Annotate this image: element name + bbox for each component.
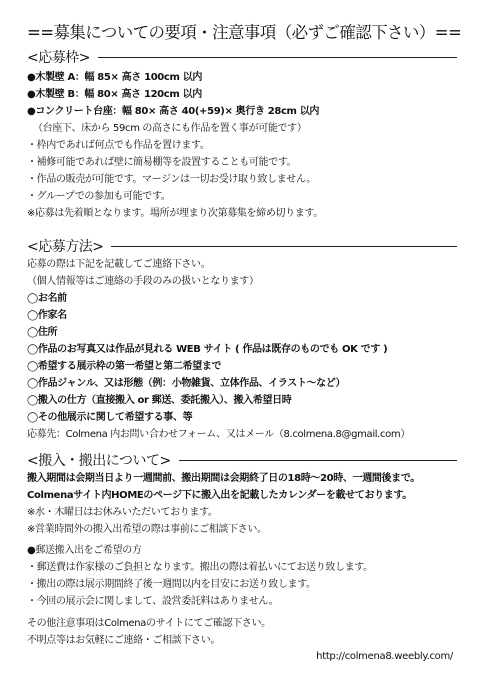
divider (98, 57, 457, 58)
footer-line: その他注意事項はColmenaのサイトにてご確認下さい。 (27, 617, 271, 631)
website-url: http://colmena8.weebly.com/ (316, 651, 453, 662)
divider (179, 460, 457, 461)
method-item: ◯作品ジャンル、又は形態（例：小物雑貨、立体作品、イラスト〜など） (27, 377, 345, 391)
method-item: ◯その他展示に関して希望する事、等 (27, 411, 192, 425)
section-label: <応募枠> (27, 47, 90, 67)
delivery-line: ・今回の展示会に関しまして、設営委託料はありません。 (27, 595, 278, 609)
delivery-line: ※水・木曜日はお休みいただいております。 (27, 506, 218, 520)
frame-line: ※応募は先着順となります。場所が埋まり次第募集を締め切ります。 (27, 207, 323, 221)
frame-line: （台座下、床から 59cm の高さにも作品を置く事が可能です） (33, 122, 306, 136)
frame-line: ●木製壁 A：幅 85× 高さ 100cm 以内 (27, 71, 202, 85)
method-item: ◯希望する展示枠の第一希望と第二希望まで (27, 360, 221, 374)
delivery-line: ・郵送費は作家様のご負担となります。搬出の際は着払いにてお送り致します。 (27, 561, 373, 575)
frame-line: ・作品の販売が可能です。マージンは一切お受け取り致しません。 (27, 173, 316, 187)
section-heading-delivery: <搬入・搬出について> (27, 450, 457, 470)
document-page: ==募集についての要項・注意事項（必ずご確認下さい）== <応募枠> ●木製壁 … (0, 0, 481, 680)
method-item: ◯作品のお写真又は作品が見れる WEB サイト ( 作品は既存のものでも OK … (27, 343, 387, 357)
frame-line: ・枠内であれば何点でも作品を置けます。 (27, 139, 210, 153)
method-item: ◯作家名 (27, 309, 67, 323)
divider (111, 246, 457, 247)
contact-line: 応募先：Colmena 内お問い合わせフォーム、又はメール（8.colmena.… (27, 428, 410, 442)
method-item: ◯搬入の仕方（直接搬入 or 郵送、委託搬入）、搬入希望日時 (27, 394, 291, 408)
method-line: 応募の際は下記を記載してご連絡下さい。 (27, 258, 210, 272)
delivery-line: ●郵送搬入出をご希望の方 (27, 544, 142, 558)
section-heading-frame: <応募枠> (27, 47, 457, 67)
frame-line: ・補修可能であれば壁に簡易棚等を設置することも可能です。 (27, 156, 296, 170)
section-label: <応募方法> (27, 236, 103, 256)
page-title: ==募集についての要項・注意事項（必ずご確認下さい）== (27, 22, 467, 44)
delivery-line: 搬入期間は会期当日より一週間前、搬出期間は会期終了日の18時〜20時、一週間後ま… (27, 472, 420, 486)
delivery-line: ※営業時間外の搬入出希望の際は事前にご相談下さい。 (27, 523, 267, 537)
method-item: ◯お名前 (27, 292, 67, 306)
method-item: ◯住所 (27, 326, 57, 340)
frame-line: ・グループでの参加も可能です。 (27, 190, 170, 204)
footer-line: 不明点等はお気軽にご連絡・ご相談下さい。 (27, 634, 220, 648)
section-heading-method: <応募方法> (27, 236, 457, 256)
delivery-line: Colmenaサイト内HOMEのページ下に搬入出を記載したカレンダーを載せており… (27, 489, 412, 503)
method-line: （個人情報等はご連絡の手段のみの扱いとなります） (27, 275, 259, 289)
frame-line: ●木製壁 B：幅 80× 高さ 120cm 以内 (27, 88, 202, 102)
section-label: <搬入・搬出について> (27, 450, 171, 470)
frame-line: ●コンクリート台座：幅 80× 高さ 40(+59)× 奥行き 28cm 以内 (27, 105, 319, 119)
delivery-line: ・搬出の際は展示期間終了後一週間以内を目安にお送り致します。 (27, 578, 316, 592)
